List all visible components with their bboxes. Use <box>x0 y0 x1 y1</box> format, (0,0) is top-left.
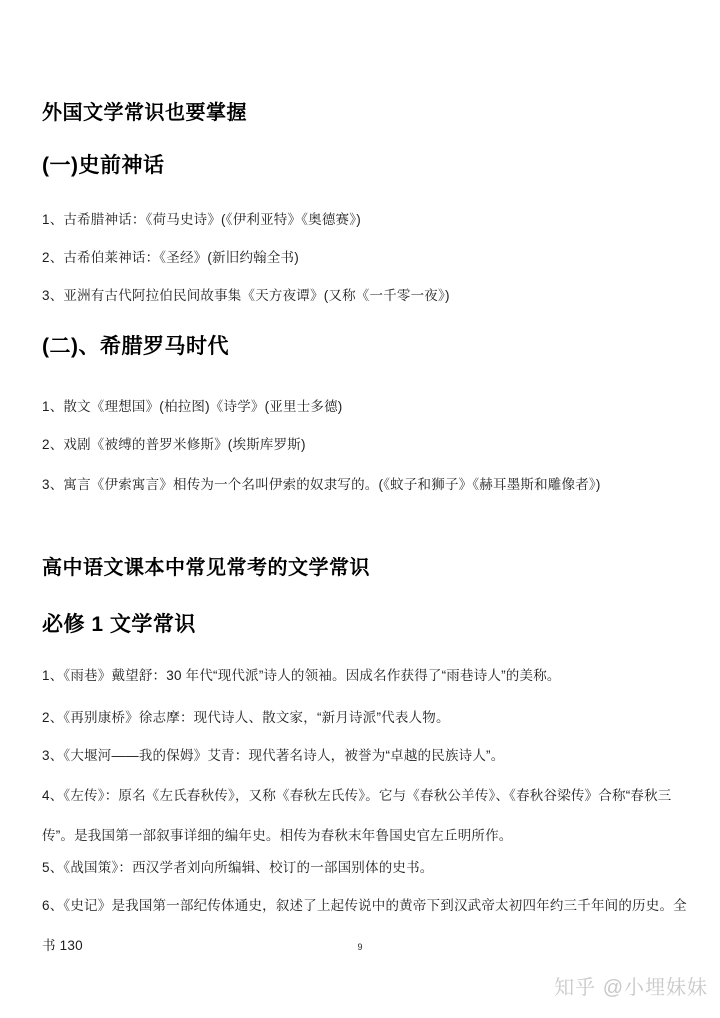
list-item: 2、《再别康桥》徐志摩：现代诗人、散文家，“新月诗派”代表人物。 <box>42 698 698 738</box>
zhihu-watermark: 知乎 @小埋妹妹 <box>554 971 708 1000</box>
list-item: 3、寓言《伊索寓言》相传为一个名叫伊索的奴隶写的。(《蚊子和狮子》《赫耳墨斯和雕… <box>42 465 698 505</box>
list-item: 2、戏剧《被缚的普罗米修斯》(埃斯库罗斯) <box>42 425 698 465</box>
subsection-title-greek-roman-era: (二)、希腊罗马时代 <box>42 333 229 361</box>
list-item: 1、散文《理想国》(柏拉图)《诗学》(亚里士多德) <box>42 387 698 427</box>
page-number: 9 <box>0 942 720 952</box>
list-item: 1、古希腊神话：《荷马史诗》(《伊利亚特》《奥德赛》) <box>42 200 698 240</box>
list-item: 1、《雨巷》戴望舒：30 年代“现代派”诗人的领袖。因成名作获得了“雨巷诗人”的… <box>42 656 698 696</box>
list-item: 3、《大堰河——我的保姆》艾青：现代著名诗人，被誉为“卓越的民族诗人”。 <box>42 736 698 776</box>
list-item: 3、亚洲有古代阿拉伯民间故事集《天方夜谭》(又称《一千零一夜》) <box>42 276 698 316</box>
subsection-title-bixiu1: 必修 1 文学常识 <box>42 611 196 639</box>
list-item: 5、《战国策》：西汉学者刘向所编辑、校订的一部国别体的史书。 <box>42 848 698 888</box>
list-item: 6、《史记》是我国第一部纪传体通史，叙述了上起传说中的黄帝下到汉武帝太初四年约三… <box>42 886 698 966</box>
list-item: 2、古希伯莱神话：《圣经》(新旧约翰全书) <box>42 238 698 278</box>
section-title-high-school-literature: 高中语文课本中常见常考的文学常识 <box>42 555 370 581</box>
document-page: 外国文学常识也要掌握 (一)史前神话 1、古希腊神话：《荷马史诗》(《伊利亚特》… <box>0 0 720 1018</box>
subsection-title-prehistoric-myth: (一)史前神话 <box>42 152 165 180</box>
section-title-foreign-literature: 外国文学常识也要掌握 <box>42 100 247 126</box>
list-item: 4、《左传》：原名《左氏春秋传》，又称《春秋左氏传》。它与《春秋公羊传》、《春秋… <box>42 776 698 856</box>
